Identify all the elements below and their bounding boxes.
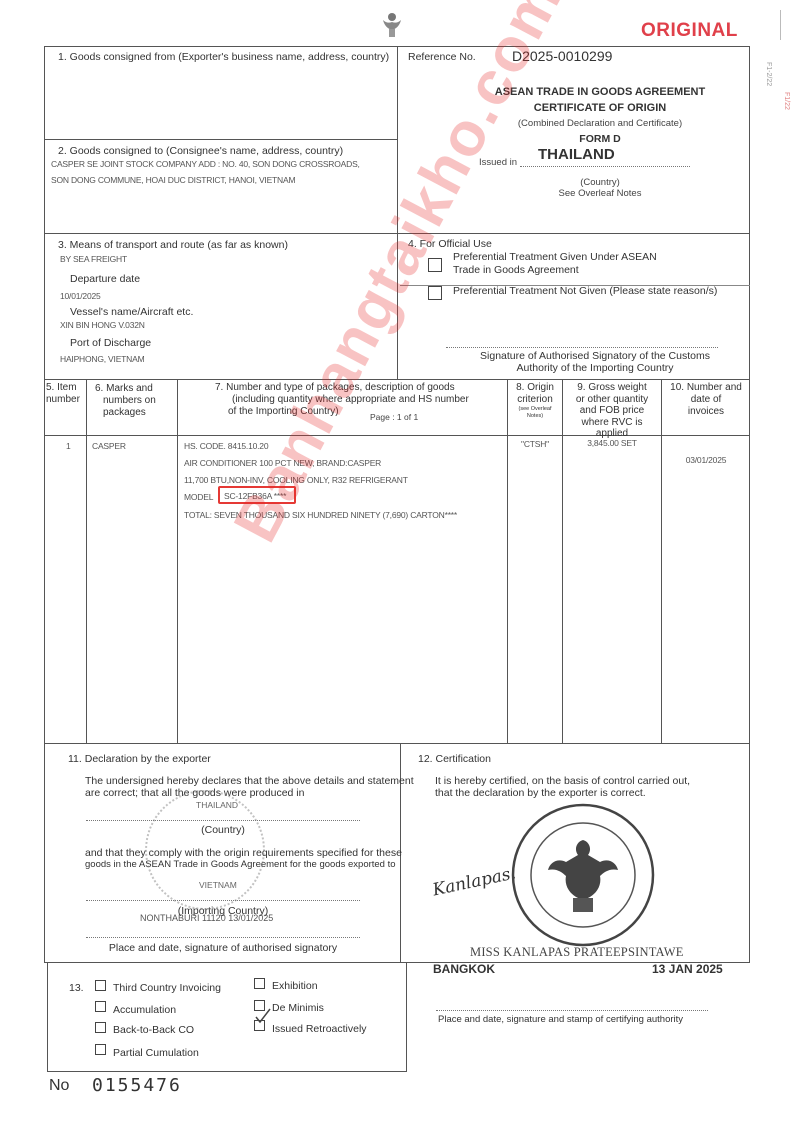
- certifying-officer: MISS KANLAPAS PRATEEPSINTAWE: [470, 945, 684, 960]
- exhibition-checkbox[interactable]: [254, 978, 265, 989]
- issued-in-dots: [520, 166, 690, 167]
- accumulation-label: Accumulation: [113, 1004, 176, 1016]
- checkmark-icon: [254, 1006, 274, 1026]
- col8-header-line: 8. Origin: [508, 382, 562, 394]
- back-to-back-label: Back-to-Back CO: [113, 1024, 194, 1036]
- box11-label: 11. Declaration by the exporter: [68, 753, 211, 765]
- preferential-not-given-checkbox[interactable]: [428, 286, 442, 300]
- certification-text-1: It is hereby certified, on the basis of …: [435, 775, 690, 787]
- origin-criterion: "CTSH": [508, 439, 562, 449]
- customs-signature-label-1: Signature of Authorised Signatory of the…: [440, 350, 750, 362]
- col6-header-line: packages: [95, 407, 175, 419]
- back-to-back-checkbox[interactable]: [95, 1022, 106, 1033]
- col9-header: 9. Gross weight or other quantity and FO…: [563, 382, 661, 440]
- model-label: MODEL: [184, 492, 213, 502]
- divider: [177, 379, 178, 743]
- box1-label: 1. Goods consigned from (Exporter's busi…: [58, 51, 389, 63]
- col8-header-line: criterion: [508, 394, 562, 406]
- item-number: 1: [66, 441, 71, 451]
- exporter-signatory-label: Place and date, signature of authorised …: [86, 942, 360, 954]
- original-label: ORIGINAL: [641, 20, 738, 42]
- official-seal: [508, 800, 658, 950]
- issued-in-country: THAILAND: [538, 146, 615, 163]
- box13-frame: [47, 962, 407, 1072]
- col9-header-line: or other quantity: [563, 394, 661, 406]
- box12-label: 12. Certification: [418, 753, 491, 765]
- col10-header-line: invoices: [662, 406, 750, 418]
- divider: [44, 379, 750, 380]
- col9-header-line: and FOB price: [563, 405, 661, 417]
- certification-place: BANGKOK: [433, 962, 495, 976]
- col9-header-line: where RVC is: [563, 417, 661, 429]
- box2-label: 2. Goods consigned to (Consignee's name,…: [58, 145, 343, 157]
- col8-note: (see Overleaf: [508, 406, 562, 413]
- exporter-signature-line: [86, 937, 360, 938]
- authority-signature-line: [436, 1010, 708, 1011]
- col10-header-line: 10. Number and: [662, 382, 750, 394]
- col10-header: 10. Number and date of invoices: [662, 382, 750, 418]
- partial-cumulation-label: Partial Cumulation: [113, 1047, 199, 1059]
- divider: [661, 379, 662, 743]
- page-indicator: Page : 1 of 1: [370, 412, 418, 422]
- serial-number: 0155476: [92, 1075, 182, 1096]
- consignee-line-1: CASPER SE JOINT STOCK COMPANY ADD : NO. …: [51, 159, 360, 169]
- col5-header-line: number: [46, 394, 86, 406]
- customs-signature-label-2: Authority of the Importing Country: [440, 362, 750, 374]
- box3-label: 3. Means of transport and route (as far …: [58, 239, 288, 251]
- col6-header: 6. Marks and numbers on packages: [95, 383, 175, 419]
- issued-retroactively-label: Issued Retroactively: [272, 1023, 367, 1035]
- preferential-not-given-label: Preferential Treatment Not Given (Please…: [453, 285, 717, 297]
- divider: [86, 379, 87, 743]
- side-dash: [780, 10, 781, 40]
- exporter-place-date: NONTHABURI 11120 13/01/2025: [140, 913, 273, 923]
- description-line-1: HS. CODE. 8415.10.20: [184, 441, 268, 451]
- side-code-2: F1/22: [783, 92, 790, 110]
- declaration-text-1: The undersigned hereby declares that the…: [85, 775, 414, 787]
- vessel-label: Vessel's name/Aircraft etc.: [70, 306, 193, 318]
- preferential-given-line1: Preferential Treatment Given Under ASEAN: [453, 251, 657, 263]
- col10-header-line: date of: [662, 394, 750, 406]
- exporter-stamp: [145, 790, 265, 910]
- certification-date: 13 JAN 2025: [652, 962, 723, 976]
- col5-header: 5. Item number: [46, 382, 86, 406]
- col9-header-line: 9. Gross weight: [563, 382, 661, 394]
- consignee-line-2: SON DONG COMMUNE, HOAI DUC DISTRICT, HAN…: [51, 175, 295, 185]
- divider: [44, 743, 750, 744]
- departure-date-label: Departure date: [70, 273, 140, 285]
- customs-signature-line: [446, 347, 718, 348]
- partial-cumulation-checkbox[interactable]: [95, 1044, 106, 1055]
- col8-header: 8. Origin criterion (see Overleaf Notes): [508, 382, 562, 420]
- exhibition-label: Exhibition: [272, 980, 318, 992]
- serial-prefix: No: [49, 1077, 69, 1095]
- third-country-invoicing-label: Third Country Invoicing: [113, 982, 221, 994]
- divider: [507, 379, 508, 743]
- invoice-date: 03/01/2025: [662, 455, 750, 465]
- col6-header-line: 6. Marks and: [95, 383, 175, 395]
- garuda-emblem-icon: [381, 10, 403, 40]
- transport-route: BY SEA FREIGHT: [60, 254, 127, 264]
- col5-header-line: 5. Item: [46, 382, 86, 394]
- departure-date-value: 10/01/2025: [60, 291, 101, 301]
- col8-note: Notes): [508, 413, 562, 420]
- vessel-value: XIN BIN HONG V.032N: [60, 320, 145, 330]
- gross-quantity: 3,845.00 SET: [563, 438, 661, 448]
- divider: [44, 139, 397, 140]
- certifying-authority-label: Place and date, signature and stamp of c…: [438, 1014, 683, 1025]
- third-country-invoicing-checkbox[interactable]: [95, 980, 106, 991]
- col6-header-line: numbers on: [95, 395, 175, 407]
- box13-number: 13.: [69, 982, 84, 994]
- accumulation-checkbox[interactable]: [95, 1001, 106, 1012]
- certification-text-2: that the declaration by the exporter is …: [435, 787, 646, 799]
- port-value: HAIPHONG, VIETNAM: [60, 354, 144, 364]
- preferential-given-line2: Trade in Goods Agreement: [453, 264, 579, 276]
- port-label: Port of Discharge: [70, 337, 151, 349]
- de-minimis-label: De Minimis: [272, 1002, 324, 1014]
- side-code-1: F1-2/22: [765, 62, 772, 86]
- marks-value: CASPER: [92, 441, 126, 451]
